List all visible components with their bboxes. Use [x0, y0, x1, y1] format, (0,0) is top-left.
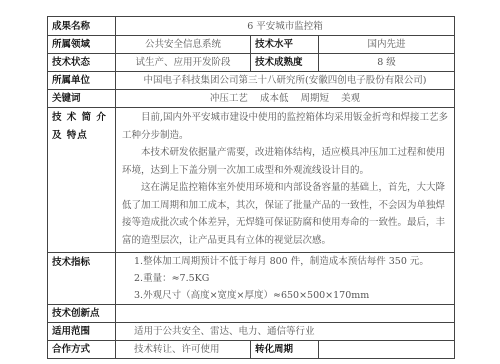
- row-name: 成果名称 6 平安城市监控箱: [48, 17, 455, 36]
- row-keywords: 关键词 冲压工艺 成本低 周期短 美观: [48, 90, 455, 108]
- spec-item: 2.重量：≈7.5KG: [120, 270, 450, 287]
- value-maturity: 8 级: [319, 54, 455, 72]
- value-innovation: [116, 305, 455, 323]
- achievement-info-table: 成果名称 6 平安城市监控箱 所属领域 公共安全信息系统 技术水平 国内先进 技…: [47, 16, 455, 359]
- label-unit: 所属单位: [48, 72, 116, 90]
- intro-paragraph: 本技术研发依据量产需要，改进箱体结构，适应模具冲压加工过程和使用环境，达到上下盖…: [122, 144, 448, 179]
- label-innovation: 技术创新点: [48, 305, 116, 323]
- value-status: 试生产、应用开发阶段: [116, 54, 251, 72]
- label-transfer-period: 转化周期: [251, 341, 319, 359]
- label-coop: 合作方式: [48, 341, 116, 359]
- spec-item: 1.整体加工周期预计不低于每月 800 件，制造成本预估每件 350 元。: [120, 253, 450, 270]
- value-specs: 1.整体加工周期预计不低于每月 800 件，制造成本预估每件 350 元。 2.…: [116, 253, 455, 305]
- value-scope: 适用于公共安全、雷达、电力、通信等行业: [116, 323, 455, 341]
- row-status: 技术状态 试生产、应用开发阶段 技术成熟度 8 级: [48, 54, 455, 72]
- row-innovation: 技术创新点: [48, 305, 455, 323]
- label-name: 成果名称: [48, 17, 116, 36]
- row-unit: 所属单位 中国电子科技集团公司第三十八研究所(安徽四创电子股份有限公司): [48, 72, 455, 90]
- intro-paragraph: 这在满足监控箱体室外使用环境和内部设备容量的基础上，首先，大大降低了加工周期和加…: [122, 179, 448, 249]
- value-coop: 技术转让、许可使用: [116, 341, 251, 359]
- value-transfer-period: [319, 341, 455, 359]
- value-keywords: 冲压工艺 成本低 周期短 美观: [116, 90, 455, 108]
- row-specs: 技术指标 1.整体加工周期预计不低于每月 800 件，制造成本预估每件 350 …: [48, 253, 455, 305]
- label-field: 所属领域: [48, 36, 116, 54]
- value-field: 公共安全信息系统: [116, 36, 251, 54]
- intro-paragraph: 目前,国内外平安城市建设中使用的监控箱体均采用钣金折弯和焊接工艺多工种分步制造。: [122, 109, 448, 144]
- row-intro: 技 术 简 介 及 特点 目前,国内外平安城市建设中使用的监控箱体均采用钣金折弯…: [48, 108, 455, 253]
- value-name: 6 平安城市监控箱: [116, 17, 455, 36]
- row-scope: 适用范围 适用于公共安全、雷达、电力、通信等行业: [48, 323, 455, 341]
- spec-item: 3.外观尺寸（高度×宽度×厚度）≈650×500×170mm: [120, 287, 450, 304]
- row-coop: 合作方式 技术转让、许可使用 转化周期: [48, 341, 455, 359]
- label-specs: 技术指标: [48, 253, 116, 305]
- label-tech-level: 技术水平: [251, 36, 319, 54]
- value-intro: 目前,国内外平安城市建设中使用的监控箱体均采用钣金折弯和焊接工艺多工种分步制造。…: [116, 108, 455, 253]
- value-tech-level: 国内先进: [319, 36, 455, 54]
- label-scope: 适用范围: [48, 323, 116, 341]
- label-keywords: 关键词: [48, 90, 116, 108]
- value-unit: 中国电子科技集团公司第三十八研究所(安徽四创电子股份有限公司): [116, 72, 455, 90]
- label-intro: 技 术 简 介 及 特点: [48, 108, 116, 253]
- label-maturity: 技术成熟度: [251, 54, 319, 72]
- label-status: 技术状态: [48, 54, 116, 72]
- row-field: 所属领域 公共安全信息系统 技术水平 国内先进: [48, 36, 455, 54]
